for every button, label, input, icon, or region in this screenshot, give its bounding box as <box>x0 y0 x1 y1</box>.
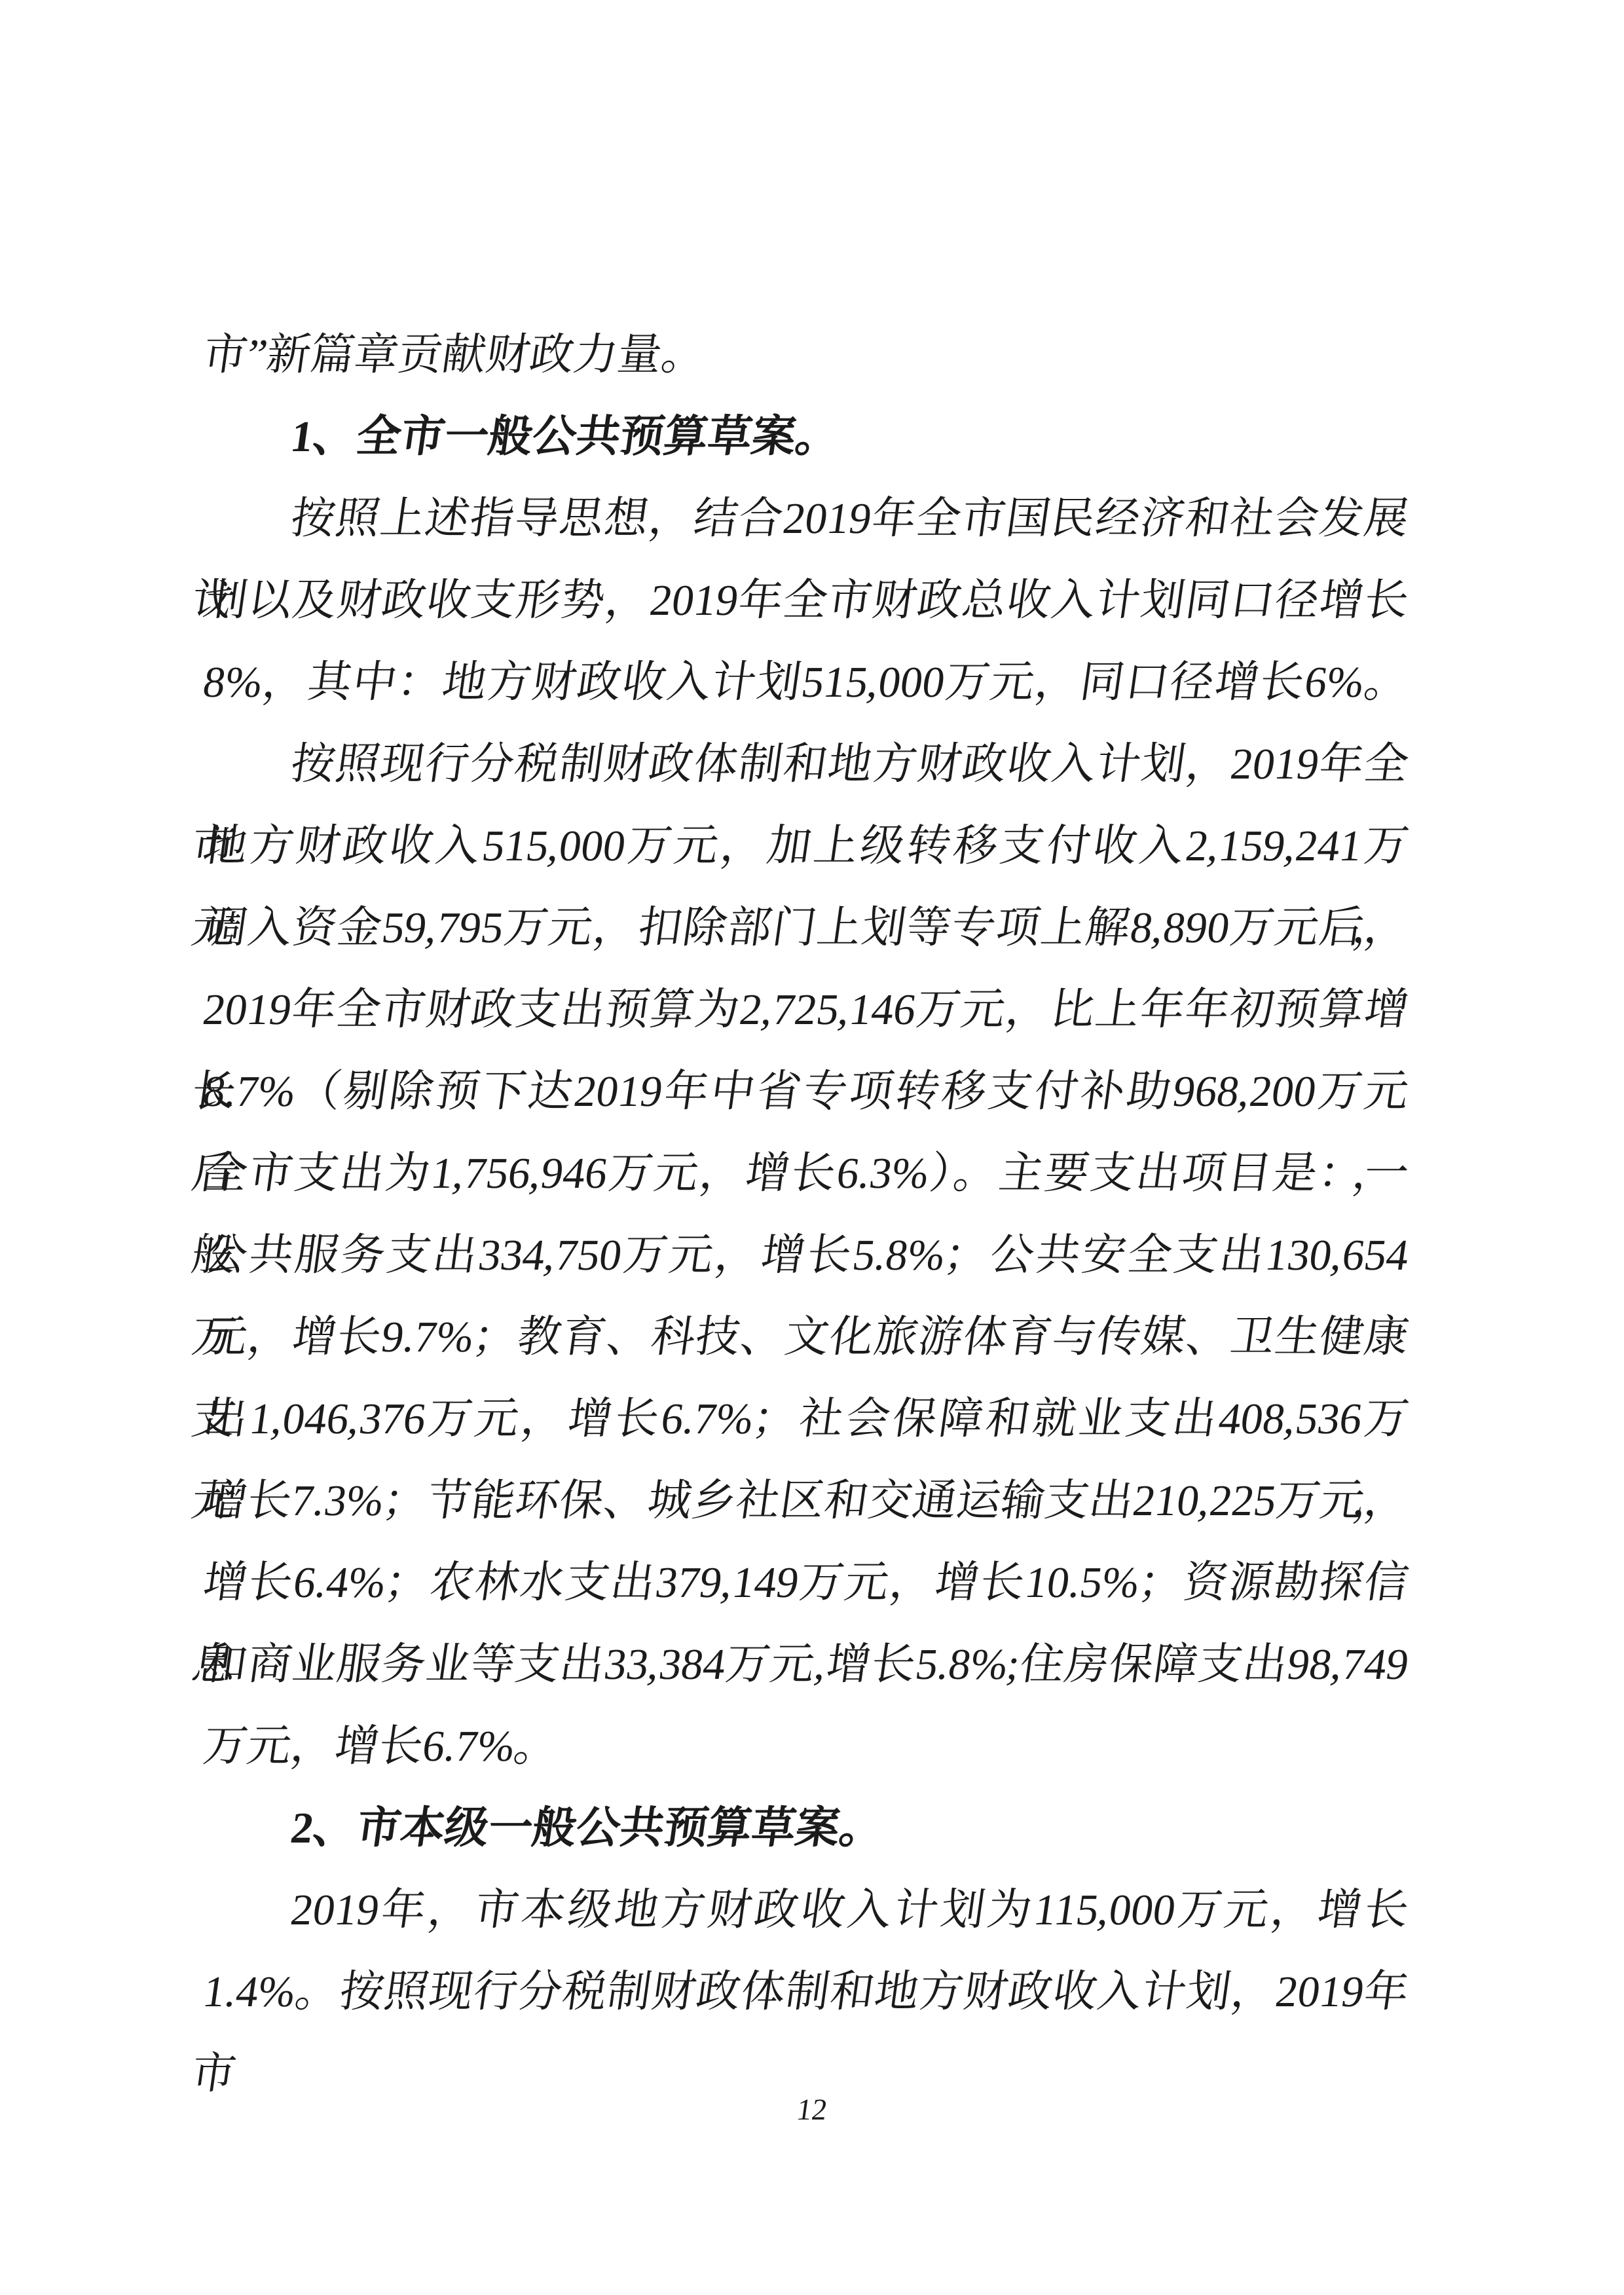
paragraph-line: 1.4%。按照现行分税制财政体制和地方财政收入计划，2019年市 <box>198 1951 1414 2033</box>
paragraph-line: 调入资金59,795万元，扣除部门上划等专项上解8,890万元后， <box>198 887 1414 969</box>
paragraph-line: 公共服务支出334,750万元，增长5.8%；公共安全支出130,654万 <box>198 1215 1414 1296</box>
paragraph-line: 8.7%（剔除预下达2019年中省专项转移支付补助968,200万元后， <box>198 1051 1414 1133</box>
paragraph-line: 全市支出为1,756,946万元，增长6.3%）。主要支出项目是：一般 <box>198 1133 1414 1215</box>
paragraph-line: 8%，其中：地方财政收入计划515,000万元，同口径增长6%。 <box>198 642 1414 724</box>
section-heading-1: 1、全市一般公共预算草案。 <box>198 396 1414 478</box>
paragraph-line: 元，增长9.7%；教育、科技、文化旅游体育与传媒、卫生健康支 <box>198 1296 1414 1378</box>
page-number: 12 <box>0 2084 1624 2136</box>
paragraph-line: 和商业服务业等支出33,384万元,增长5.8%;住房保障支出98,749 <box>198 1624 1414 1706</box>
paragraph-line: 增长6.4%；农林水支出379,149万元，增长10.5%；资源勘探信息 <box>198 1542 1414 1624</box>
paragraph-line: 地方财政收入515,000万元，加上级转移支付收入2,159,241万元， <box>198 805 1414 887</box>
paragraph-line: 划以及财政收支形势，2019年全市财政总收入计划同口径增长 <box>198 560 1414 642</box>
paragraph-line: 按照上述指导思想，结合2019年全市国民经济和社会发展计 <box>198 478 1414 560</box>
paragraph-line: 按照现行分税制财政体制和地方财政收入计划，2019年全市 <box>198 724 1414 805</box>
paragraph-line: 市”新篇章贡献财政力量。 <box>198 314 1414 396</box>
document-page: 市”新篇章贡献财政力量。 1、全市一般公共预算草案。 按照上述指导思想，结合20… <box>0 0 1624 2295</box>
page-body: 市”新篇章贡献财政力量。 1、全市一般公共预算草案。 按照上述指导思想，结合20… <box>200 314 1405 2033</box>
paragraph-line: 增长7.3%；节能环保、城乡社区和交通运输支出210,225万元， <box>198 1460 1414 1542</box>
section-heading-2: 2、市本级一般公共预算草案。 <box>198 1788 1414 1869</box>
paragraph-line: 2019年，市本级地方财政收入计划为115,000万元，增长 <box>198 1869 1414 1951</box>
paragraph-line: 2019年全市财政支出预算为2,725,146万元，比上年年初预算增长 <box>198 969 1414 1051</box>
paragraph-line: 万元，增长6.7%。 <box>198 1706 1414 1788</box>
paragraph-line: 出1,046,376万元，增长6.7%；社会保障和就业支出408,536万元， <box>198 1378 1414 1460</box>
